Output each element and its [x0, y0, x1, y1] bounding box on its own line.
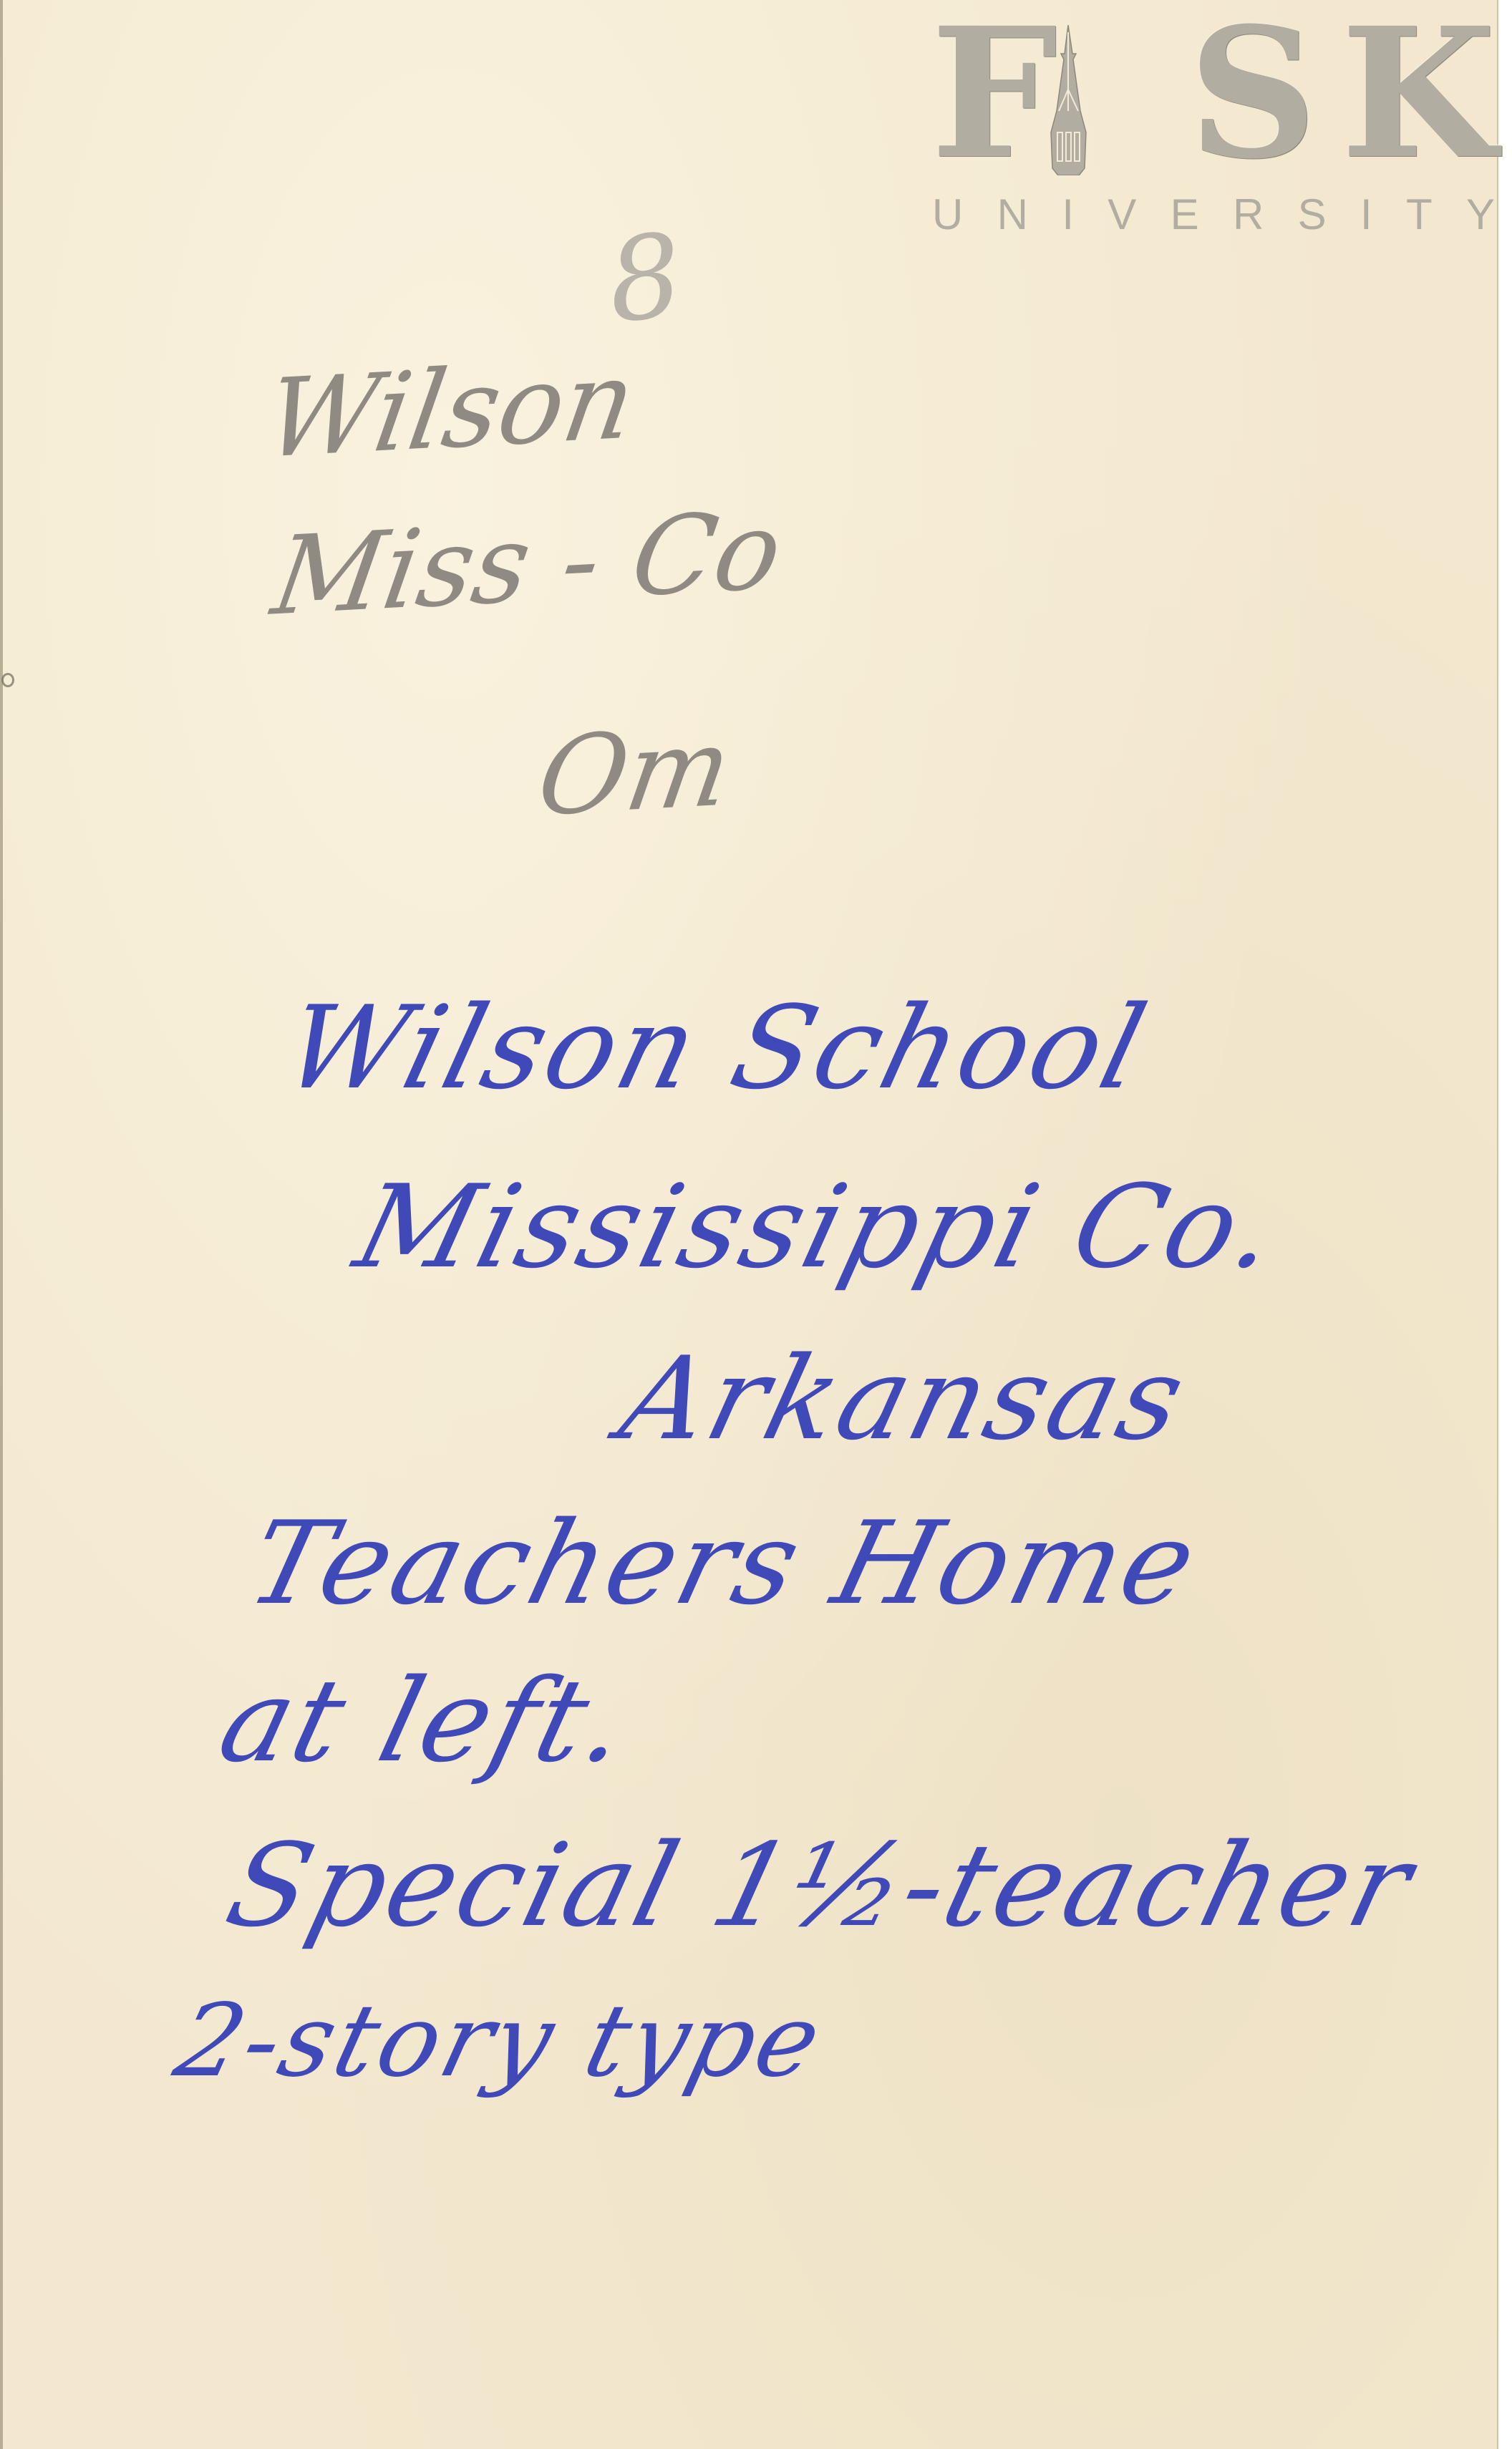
- punch-mark: [1, 673, 14, 687]
- pencil-faint-mark: 8: [601, 208, 688, 349]
- archival-card: F I S K U N I V E R S I T Y 8 Wilson Mis…: [0, 0, 1498, 2449]
- logo-sub-letter: N: [997, 193, 1028, 236]
- card-left-edge: [0, 0, 3, 2449]
- ink-note-story-type: 2-story type: [165, 1983, 835, 2100]
- ink-note-school: Wilson School: [272, 981, 1160, 1115]
- bell-tower-spire-icon: [1049, 25, 1088, 175]
- ink-note-state: Arkansas: [609, 1332, 1200, 1465]
- pencil-note-line2: Miss - Co: [265, 488, 790, 640]
- logo-sub-letter: R: [1233, 193, 1264, 236]
- logo-sub-letter: S: [1298, 193, 1327, 236]
- logo-sub-letter: I: [1360, 193, 1372, 236]
- logo-sub-letter: E: [1171, 193, 1199, 236]
- logo-wordmark: F I S K: [931, 7, 1496, 179]
- logo-sub-letter: I: [1062, 193, 1074, 236]
- ink-note-at-left: at left.: [208, 1654, 644, 1788]
- ink-note-building-type: Special 1½-teacher: [215, 1818, 1427, 1952]
- logo-letter: F: [931, 7, 1058, 179]
- logo-sub-letter: Y: [1466, 193, 1495, 236]
- logo-letter: K: [1341, 7, 1496, 179]
- pencil-note-line3: Om: [530, 704, 740, 840]
- logo-sub-letter: T: [1406, 193, 1433, 236]
- ink-note-county: Mississippi Co.: [344, 1160, 1293, 1294]
- logo-subtitle: U N I V E R S I T Y: [932, 193, 1495, 236]
- logo-sub-letter: U: [932, 193, 963, 236]
- ink-note-teachers-home: Teachers Home: [236, 1496, 1211, 1630]
- pencil-note-line1: Wilson: [258, 338, 644, 482]
- logo-letter: S: [1188, 7, 1318, 179]
- logo-sub-letter: V: [1108, 193, 1136, 236]
- fisk-university-logo: F I S K U N I V E R S I T Y: [931, 7, 1496, 236]
